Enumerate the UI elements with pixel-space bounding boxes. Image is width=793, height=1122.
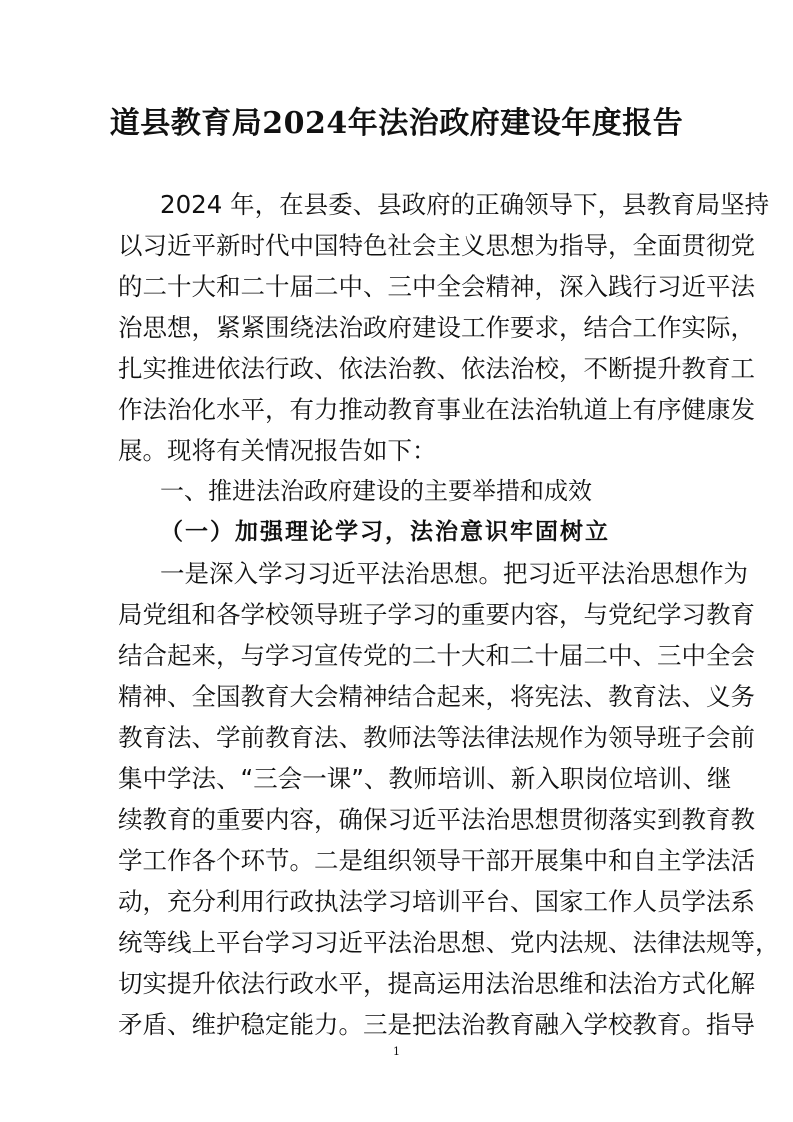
paragraph-line: 切实提升依法行政水平，提高运用法治思维和法治方式化解 [118, 963, 688, 1004]
paragraph-line: 一是深入学习习近平法治思想。把习近平法治思想作为 [160, 553, 688, 594]
paragraph-line: 统等线上平台学习习近平法治思想、党内法规、法律法规等， [118, 922, 688, 963]
subsection-heading: （一）加强理论学习，法治意识牢固树立 [160, 512, 610, 553]
section-heading: 一、推进法治政府建设的主要举措和成效 [160, 471, 592, 512]
paragraph-line: 教育法、学前教育法、教师法等法律法规作为领导班子会前 [118, 717, 688, 758]
page-number: 1 [0, 1045, 793, 1058]
paragraph-line: 结合起来，与学习宣传党的二十大和二十届二中、三中全会 [118, 635, 688, 676]
paragraph-line: 以习近平新时代中国特色社会主义思想为指导，全面贯彻党 [118, 225, 688, 266]
paragraph-line: 集中学法、“三会一课”、教师培训、新入职岗位培训、继 [118, 758, 688, 799]
paragraph-line: 续教育的重要内容，确保习近平法治思想贯彻落实到教育教 [118, 799, 688, 840]
paragraph-line: 局党组和各学校领导班子学习的重要内容，与党纪学习教育 [118, 594, 688, 635]
paragraph-line: 学工作各个环节。二是组织领导干部开展集中和自主学法活 [118, 840, 688, 881]
paragraph-line: 的二十大和二十届二中、三中全会精神，深入践行习近平法 [118, 266, 688, 307]
document-title: 道县教育局2024年法治政府建设年度报告 [0, 104, 793, 144]
paragraph-line: 动，充分利用行政执法学习培训平台、国家工作人员学法系 [118, 881, 688, 922]
paragraph-line: 扎实推进依法行政、依法治教、依法治校，不断提升教育工 [118, 348, 688, 389]
paragraph-line: 2024 年，在县委、县政府的正确领导下，县教育局坚持 [160, 184, 688, 225]
paragraph-line: 治思想，紧紧围绕法治政府建设工作要求，结合工作实际， [118, 307, 688, 348]
paragraph-line: 展。现将有关情况报告如下： [118, 430, 688, 471]
paragraph-line: 精神、全国教育大会精神结合起来，将宪法、教育法、义务 [118, 676, 688, 717]
paragraph-line: 作法治化水平，有力推动教育事业在法治轨道上有序健康发 [118, 389, 688, 430]
paragraph-line: 矛盾、维护稳定能力。三是把法治教育融入学校教育。指导 [118, 1004, 688, 1045]
